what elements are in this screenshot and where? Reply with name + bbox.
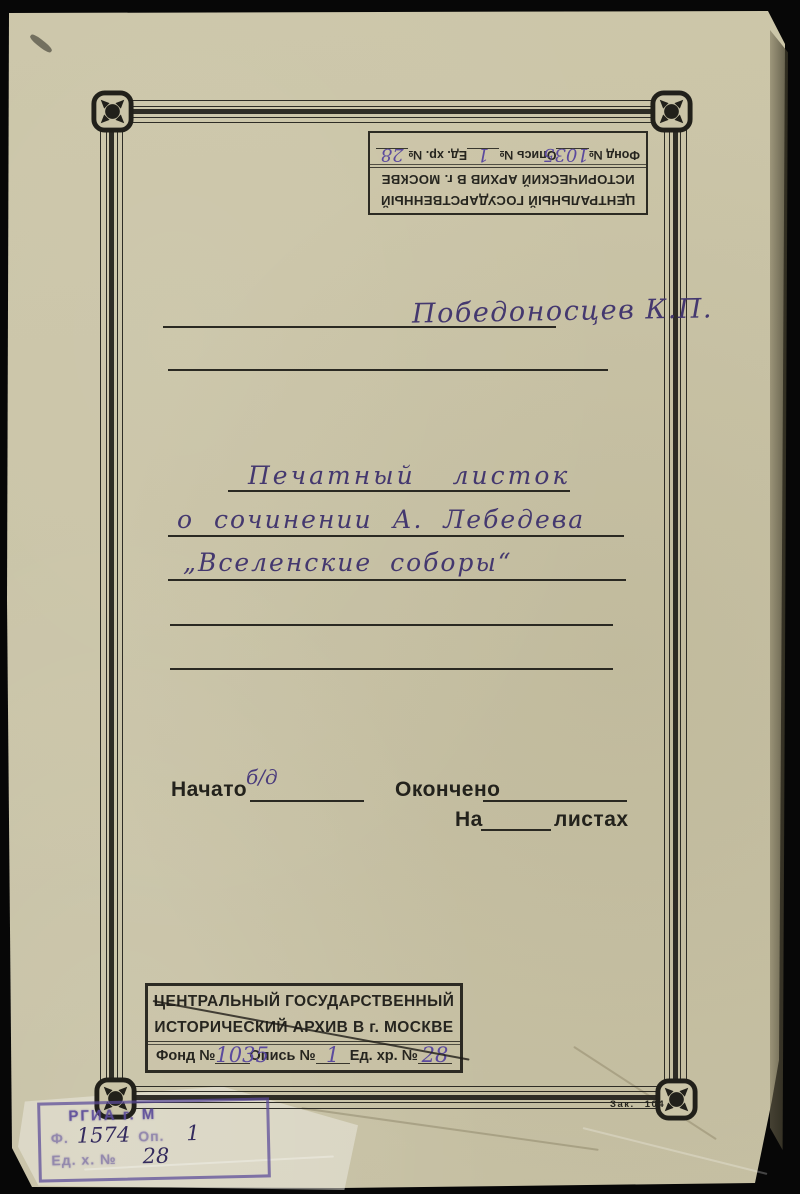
opis-value-field: 1 (316, 1047, 350, 1064)
ed-hr-value-field: 28 (376, 148, 408, 163)
ed-hr-label: Ед. хр. № (408, 148, 467, 162)
sheets-label: листах (554, 808, 629, 832)
print-order-note: Зак. 104 (610, 1099, 665, 1110)
stamp-separator (370, 164, 646, 168)
work-title-line2-handwritten: о сочинении А. Лебедева (177, 505, 585, 534)
writing-rule (168, 579, 626, 581)
rgia-opis-value-handwritten: 1 (186, 1122, 200, 1144)
fond-value-field: 1035 (215, 1047, 249, 1064)
rgia-opis-label: Оп. (138, 1128, 165, 1145)
on-label: На (455, 808, 483, 832)
writing-rule (168, 369, 608, 371)
archive-name-line2: ИСТОРИЧЕСКИЙ АРХИВ В г. МОСКВЕ (148, 1012, 460, 1038)
fond-value-field: 1035 (556, 148, 588, 163)
fond-value-handwritten: 1035 (543, 150, 589, 158)
fond-value-handwritten: 1035 (215, 1051, 268, 1059)
opis-value-handwritten: 1 (478, 150, 489, 158)
work-title-line3-handwritten: „Вселенские соборы“ (183, 548, 513, 577)
finished-label: Окончено (395, 778, 500, 802)
opis-value-handwritten: 1 (326, 1051, 339, 1059)
started-label: Начато (171, 778, 247, 802)
work-title-line1-handwritten: Печатный листок (248, 461, 570, 490)
writing-rule (163, 326, 556, 328)
scanned-archive-cover: ЦЕНТРАЛЬНЫЙ ГОСУДАРСТВЕННЫЙ ИСТОРИЧЕСКИЙ… (0, 0, 800, 1194)
writing-rule (168, 535, 624, 537)
started-value-rule (250, 800, 364, 802)
started-value-handwritten: б/д (246, 765, 278, 789)
corner-rosette-icon (89, 88, 136, 135)
ed-hr-value-handwritten: 28 (381, 150, 404, 158)
author-handwritten: Победоносцев К.П. (412, 293, 714, 329)
sheets-value-rule (481, 829, 551, 831)
corner-rosette-icon (648, 88, 695, 135)
writing-rule (228, 490, 570, 492)
writing-rule (170, 668, 613, 670)
rgia-fond-label: Ф. (51, 1130, 69, 1146)
rgia-ed-value-handwritten: 28 (142, 1145, 169, 1168)
rgia-fond-value-handwritten: 1574 (76, 1124, 130, 1147)
fond-label: Фонд № (156, 1048, 215, 1064)
rgia-ed-label: Ед. х. № (51, 1151, 117, 1168)
archive-name-line1: ЦЕНТРАЛЬНЫЙ ГОСУДАРСТВЕННЫЙ (370, 192, 646, 213)
frame-line (122, 122, 665, 1087)
rgia-stamp: РГИА г. М Ф. 1574 Оп. 1 Ед. х. № 28 (37, 1097, 271, 1182)
ed-hr-label: Ед. хр. № (350, 1048, 418, 1064)
opis-value-field: 1 (467, 148, 499, 163)
decorative-border-frame (100, 100, 687, 1109)
fond-label: Фонд № (589, 148, 640, 162)
archive-stamp-top: ЦЕНТРАЛЬНЫЙ ГОСУДАРСТВЕННЫЙ ИСТОРИЧЕСКИЙ… (368, 131, 648, 215)
stamp-reference-row: Фонд № 1035 Опись № 1 Ед. хр. № 28 (370, 140, 646, 164)
writing-rule (170, 624, 613, 626)
finished-value-rule (483, 800, 627, 802)
archive-name-line2: ИСТОРИЧЕСКИЙ АРХИВ В г. МОСКВЕ (370, 171, 646, 192)
page-stack-edge (770, 30, 788, 1150)
